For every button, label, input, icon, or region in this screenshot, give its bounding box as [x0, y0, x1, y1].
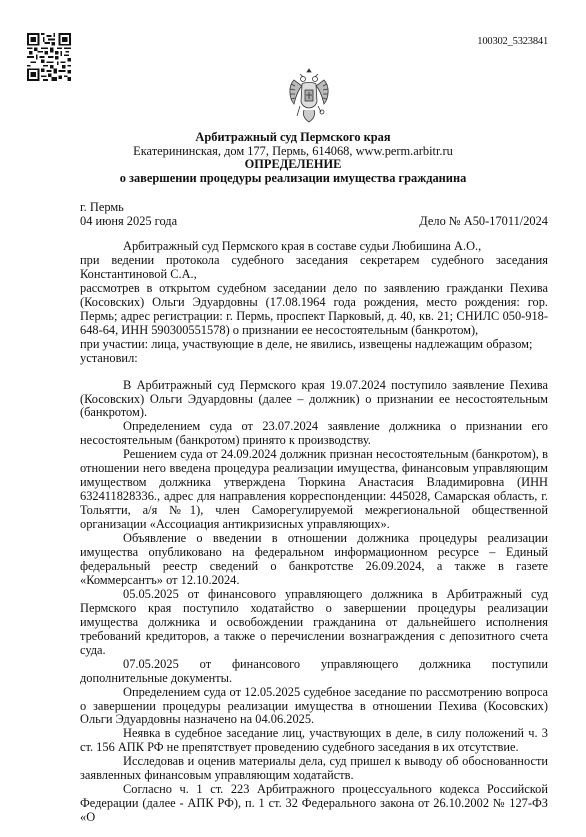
paragraph: Исследовав и оценив материалы дела, суд …	[80, 755, 548, 783]
paragraph: Объявление о введении в отношении должни…	[80, 532, 548, 588]
paragraph: Определением суда от 12.05.2025 судебное…	[80, 686, 548, 728]
document-date: 04 июня 2025 года	[80, 215, 177, 229]
intro-participants: при участии: лица, участвующие в деле, н…	[80, 338, 548, 352]
qr-code-icon	[27, 33, 71, 81]
paragraph: Определением суда от 23.07.2024 заявлени…	[80, 420, 548, 448]
intro-established: установил:	[80, 352, 548, 366]
paragraph: 07.05.2025 от финансового управляющего д…	[80, 658, 548, 686]
city: г. Пермь	[80, 201, 548, 215]
case-number: Дело № А50-17011/2024	[419, 215, 548, 229]
document-type: ОПРЕДЕЛЕНИЕ	[0, 158, 586, 172]
paragraph: Решением суда от 24.09.2024 должник приз…	[80, 448, 548, 532]
document-id: 100302_5323841	[477, 36, 548, 47]
document-body: Арбитражный суд Пермского края в составе…	[80, 240, 548, 825]
intro-case: рассмотрев в открытом судебном заседании…	[80, 282, 548, 338]
paragraph: Неявка в судебное заседание лиц, участву…	[80, 727, 548, 755]
intro-court: Арбитражный суд Пермского края в составе…	[80, 240, 548, 254]
paragraph: Согласно ч. 1 ст. 223 Арбитражного проце…	[80, 783, 548, 825]
court-address: Екатерининская, дом 177, Пермь, 614068, …	[0, 145, 586, 159]
document-subject: о завершении процедуры реализации имущес…	[0, 172, 586, 186]
paragraph: 05.05.2025 от финансового управляющего д…	[80, 588, 548, 658]
russian-coat-of-arms-icon	[286, 66, 332, 124]
court-name: Арбитражный суд Пермского края	[0, 131, 586, 145]
intro-secretary: при ведении протокола судебного заседани…	[80, 254, 548, 282]
paragraph: В Арбитражный суд Пермского края 19.07.2…	[80, 379, 548, 421]
